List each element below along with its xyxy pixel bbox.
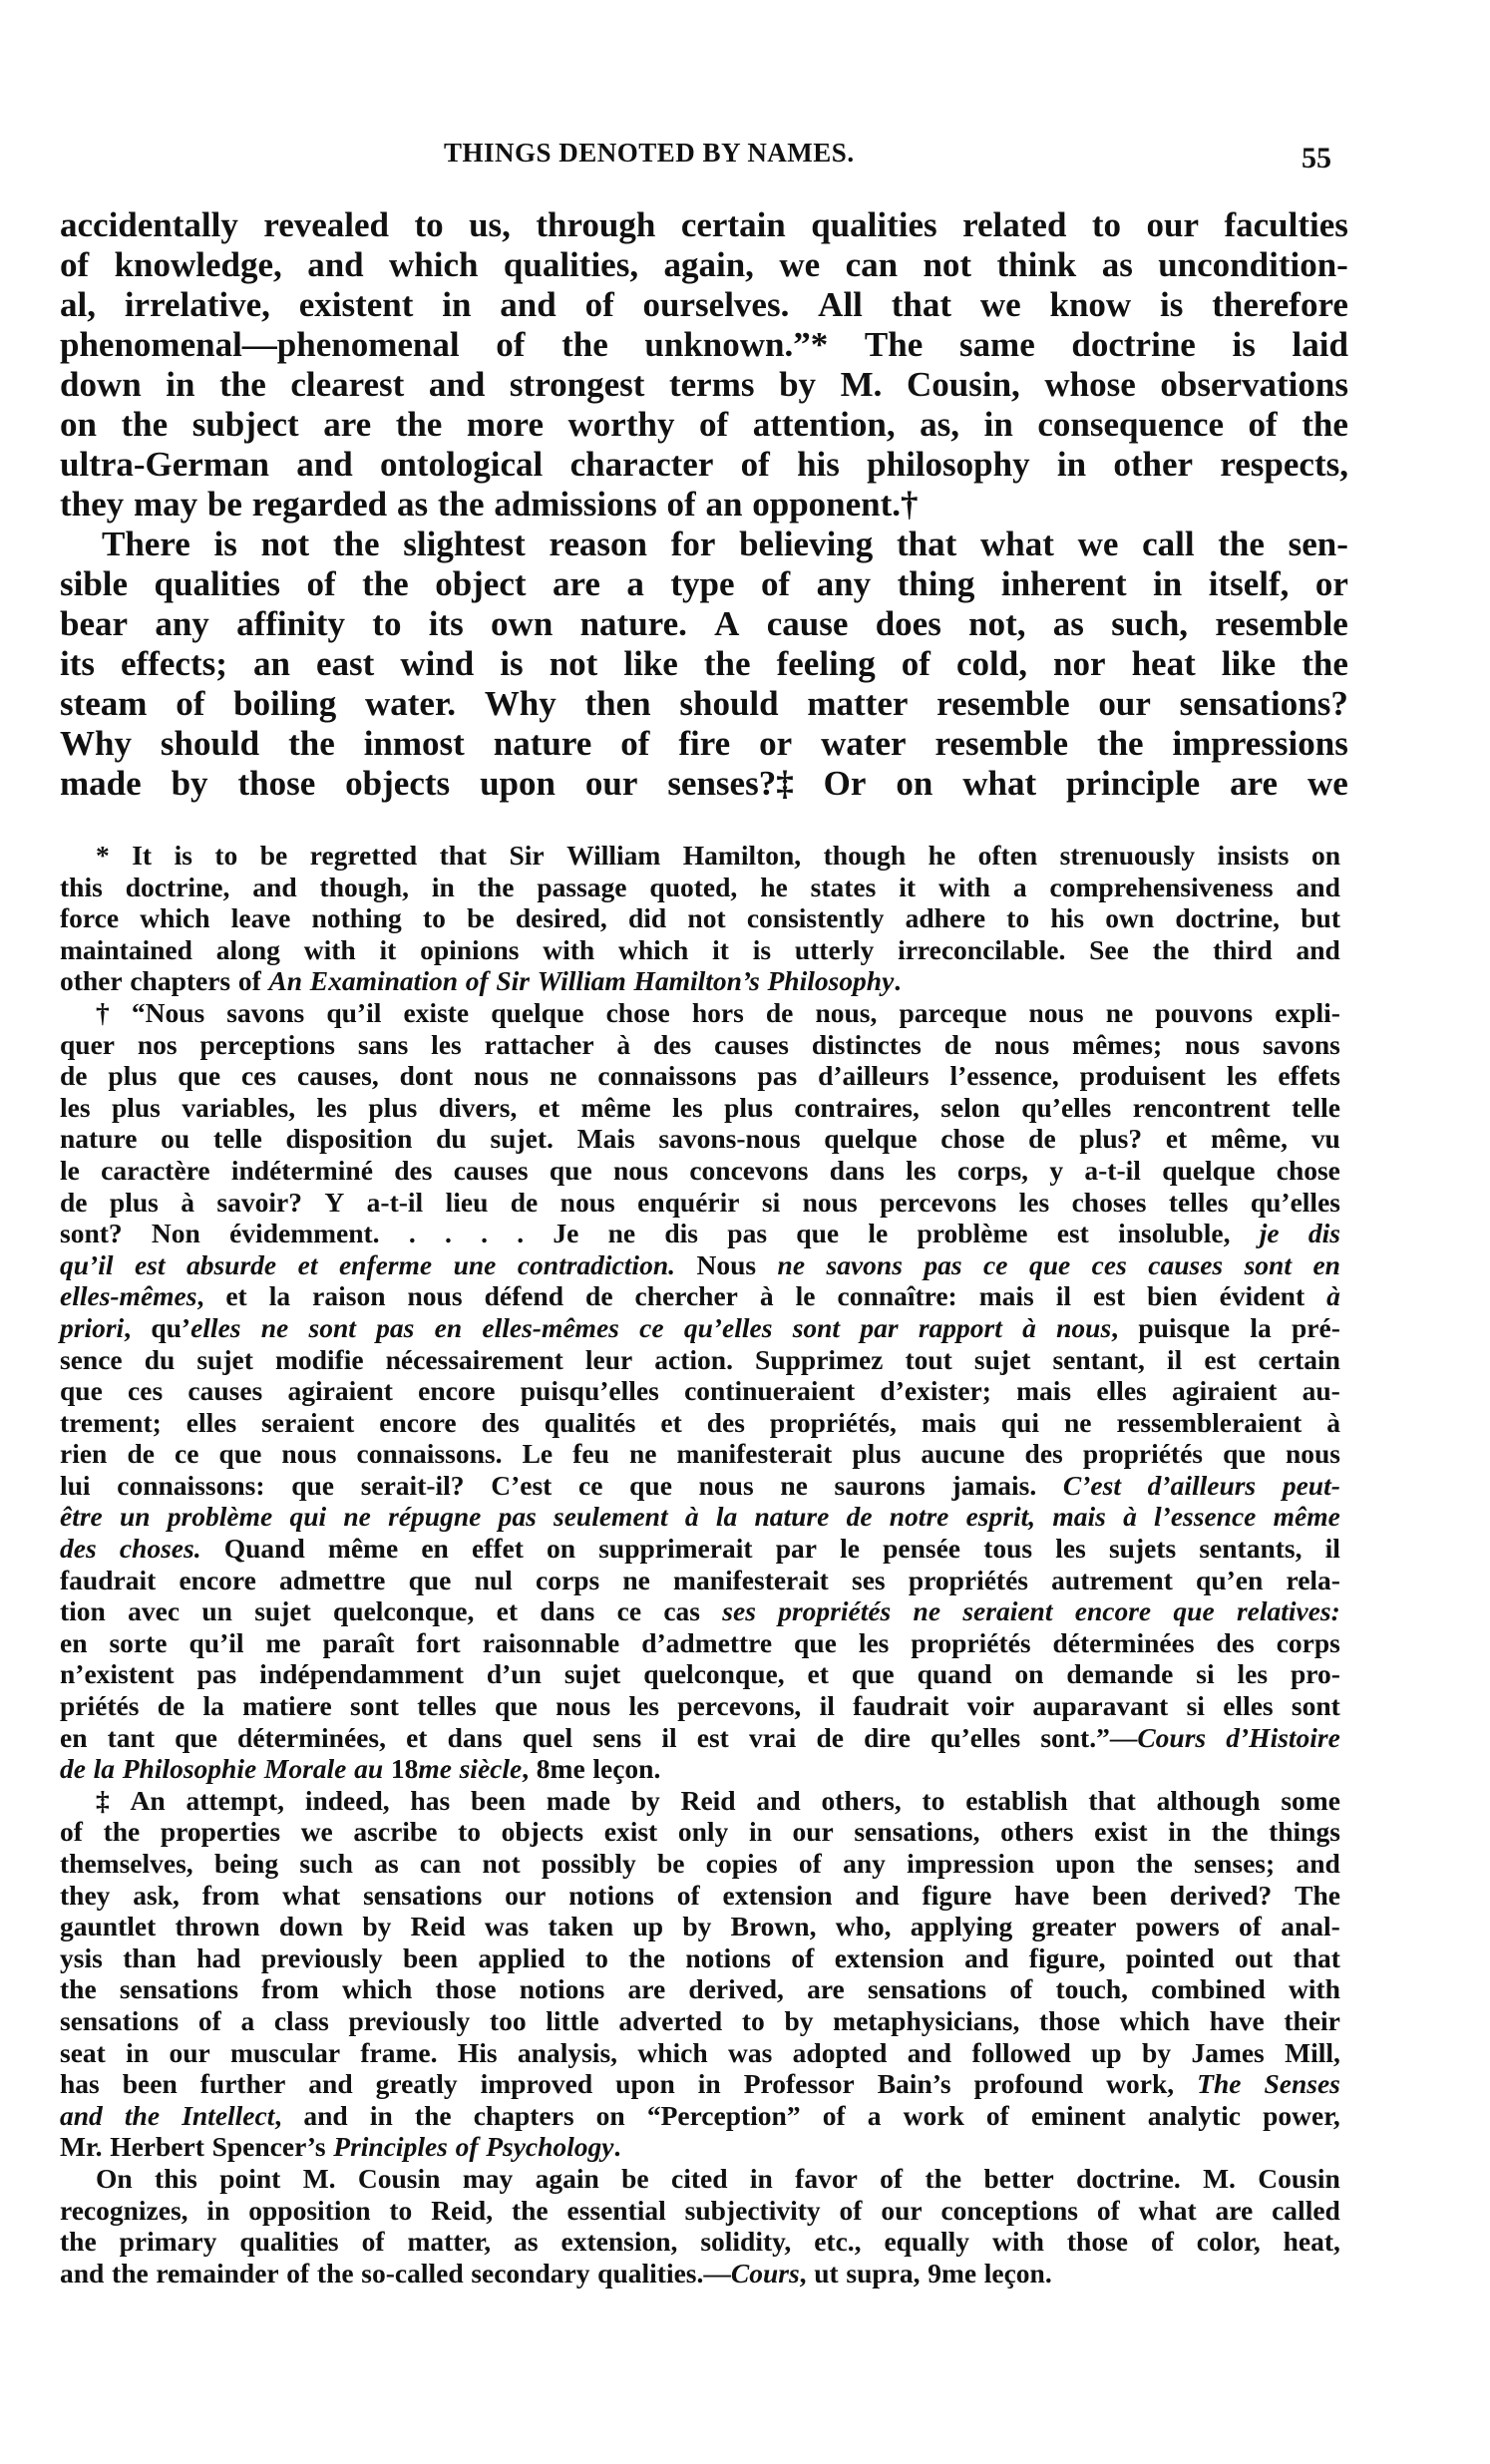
word: on bbox=[60, 405, 97, 445]
word: ne bbox=[608, 1218, 636, 1249]
word: of bbox=[198, 2005, 221, 2037]
word: has bbox=[410, 1785, 450, 1817]
word: adverted bbox=[618, 2005, 722, 2037]
word: of bbox=[176, 684, 204, 724]
word: regarded bbox=[252, 485, 387, 525]
text-line: luiconnaissons:queserait-il?C’estcequeno… bbox=[60, 1470, 1340, 1502]
word: than bbox=[123, 1942, 177, 1974]
word: plus bbox=[368, 1092, 417, 1124]
word: affinity bbox=[236, 604, 345, 644]
text-line: Mr.HerbertSpencer’sPrinciplesofPsycholog… bbox=[60, 2131, 1340, 2163]
word: de bbox=[1028, 1123, 1056, 1155]
word: ou bbox=[161, 1123, 189, 1155]
word: de bbox=[127, 1438, 155, 1470]
text-line: Thereisnottheslightestreasonforbelieving… bbox=[60, 525, 1348, 564]
word: been bbox=[403, 1942, 458, 1974]
word: force bbox=[60, 902, 119, 934]
word: savons-nous bbox=[658, 1123, 800, 1155]
word: and bbox=[303, 2100, 347, 2132]
word: percevons bbox=[880, 1187, 996, 1219]
word: corps bbox=[536, 1565, 599, 1596]
word: with bbox=[304, 934, 356, 966]
word: copies bbox=[706, 1848, 778, 1880]
word: indeed, bbox=[305, 1785, 390, 1817]
word: and bbox=[307, 245, 363, 285]
word: made bbox=[547, 1785, 610, 1817]
word: * bbox=[96, 840, 110, 872]
word: and bbox=[964, 1942, 1008, 1974]
word: frame. bbox=[360, 2037, 437, 2069]
word: been bbox=[1092, 1880, 1147, 1912]
word: can bbox=[846, 245, 899, 285]
word: qualities bbox=[811, 205, 936, 245]
word: nous bbox=[1029, 997, 1084, 1029]
text-line: delaPhilosophieMoraleau18mesiècle,8meleç… bbox=[60, 1753, 1340, 1785]
word: absurde bbox=[186, 1249, 276, 1281]
word: of bbox=[620, 724, 649, 764]
word: C’est bbox=[1063, 1470, 1121, 1502]
word: de bbox=[511, 1187, 539, 1219]
word: ut bbox=[814, 2258, 838, 2289]
word: a bbox=[1013, 872, 1027, 903]
word: tant bbox=[108, 1722, 155, 1754]
word: les bbox=[1019, 1187, 1050, 1219]
word: we bbox=[1078, 525, 1119, 564]
word: principle bbox=[1066, 764, 1200, 804]
word: sensations bbox=[868, 1973, 986, 2005]
word: Reid, bbox=[431, 2195, 493, 2227]
word: with bbox=[992, 2226, 1044, 2258]
word: subjectivity bbox=[685, 2195, 821, 2227]
word: Y bbox=[324, 1187, 344, 1219]
word: contraires, bbox=[794, 1092, 920, 1124]
word: doctrine, bbox=[126, 872, 230, 903]
word: contradiction. bbox=[518, 1249, 675, 1281]
word: en bbox=[421, 1533, 449, 1565]
word: et bbox=[406, 1722, 427, 1754]
word: mais bbox=[1052, 1501, 1105, 1533]
running-head: THINGS DENOTED BY NAMES. 55 bbox=[60, 138, 1346, 177]
word: nous bbox=[556, 1690, 610, 1722]
word: know bbox=[1049, 285, 1131, 325]
word: peut- bbox=[1283, 1470, 1340, 1502]
word: phenomenal—phenomenal bbox=[60, 325, 460, 365]
word: tout bbox=[905, 1344, 951, 1376]
word: matter, bbox=[407, 2226, 491, 2258]
word: effects; bbox=[121, 644, 227, 684]
text-line: thisdoctrine,andthough,inthepassagequote… bbox=[60, 872, 1340, 903]
word: not bbox=[482, 1848, 520, 1880]
word: is bbox=[175, 840, 192, 872]
word: serait-il? bbox=[361, 1470, 465, 1502]
word: existe bbox=[403, 997, 469, 1029]
word: d’exister; bbox=[880, 1375, 990, 1407]
word: passage bbox=[537, 872, 626, 903]
word: modifie bbox=[275, 1344, 364, 1376]
word: that bbox=[897, 525, 956, 564]
word: de bbox=[847, 1501, 873, 1533]
word: work bbox=[904, 2100, 964, 2132]
text-line: itseffects;aneastwindisnotlikethefeeling… bbox=[60, 644, 1348, 684]
word: for bbox=[671, 525, 716, 564]
word: que bbox=[495, 1690, 538, 1722]
word: Bain’s bbox=[878, 2068, 951, 2100]
word: sujet bbox=[254, 1595, 311, 1627]
word: supra, bbox=[846, 2258, 920, 2289]
word: who, bbox=[836, 1911, 892, 1942]
word: hors bbox=[692, 997, 744, 1029]
word: connaissons. bbox=[357, 1438, 503, 1470]
word: was bbox=[485, 1911, 529, 1942]
text-line: riendecequenousconnaissons.Lefeunemanife… bbox=[60, 1438, 1340, 1470]
word: the bbox=[415, 2100, 452, 2132]
word: caractère bbox=[101, 1155, 209, 1187]
word: indéterminé bbox=[231, 1155, 373, 1187]
word: are bbox=[1230, 764, 1278, 804]
word: work, bbox=[1106, 2068, 1174, 2100]
word: some bbox=[1281, 1785, 1340, 1817]
word: object bbox=[435, 564, 526, 604]
word: il bbox=[1056, 1280, 1071, 1312]
word: qu’elles bbox=[684, 1312, 773, 1344]
word: by bbox=[172, 764, 208, 804]
word: have bbox=[1210, 2005, 1265, 2037]
word: si bbox=[1196, 1658, 1214, 1690]
word: admettre bbox=[279, 1565, 385, 1596]
word: utterly bbox=[795, 934, 874, 966]
word: more bbox=[467, 405, 544, 445]
word: the bbox=[438, 485, 485, 525]
word: and bbox=[1296, 1848, 1339, 1880]
word: others, bbox=[822, 1785, 902, 1817]
word: had bbox=[196, 1942, 240, 1974]
word: of bbox=[306, 564, 335, 604]
word: plus bbox=[108, 1060, 157, 1092]
word: to bbox=[1092, 205, 1121, 245]
word: nous bbox=[1286, 1438, 1340, 1470]
word: a bbox=[626, 564, 644, 604]
word: sens bbox=[592, 1722, 641, 1754]
word: attempt, bbox=[186, 1785, 285, 1817]
word: leave bbox=[231, 902, 291, 934]
word: mais bbox=[922, 1407, 976, 1439]
word: or bbox=[1315, 564, 1348, 604]
word: fire bbox=[678, 724, 730, 764]
word: mêmes; bbox=[1072, 1029, 1162, 1061]
word: à bbox=[685, 1501, 699, 1533]
word: to bbox=[458, 1816, 481, 1848]
word: parceque bbox=[899, 997, 1006, 1029]
word: les bbox=[906, 1155, 936, 1187]
word: then bbox=[585, 684, 651, 724]
word: lieu bbox=[446, 1187, 489, 1219]
word: en bbox=[1312, 1249, 1340, 1281]
word: les bbox=[431, 1029, 462, 1061]
word: which bbox=[342, 1973, 412, 2005]
word: même bbox=[328, 1533, 398, 1565]
word: que bbox=[550, 1155, 592, 1187]
word: ne bbox=[1106, 997, 1134, 1029]
word: upon bbox=[1055, 1848, 1115, 1880]
word: agiraient bbox=[288, 1375, 393, 1407]
word: Or bbox=[824, 764, 867, 804]
word: Why bbox=[60, 724, 132, 764]
text-line: phenomenal—phenomenaloftheunknown.”*Thes… bbox=[60, 325, 1348, 365]
word: think bbox=[997, 245, 1077, 285]
word: of bbox=[791, 1942, 814, 1974]
word: been bbox=[123, 2068, 178, 2100]
word: in bbox=[370, 2100, 393, 2132]
word: and bbox=[908, 2037, 951, 2069]
word: in bbox=[442, 285, 471, 325]
text-line: otherchaptersofAnExaminationofSirWilliam… bbox=[60, 965, 1340, 997]
word: rela- bbox=[1286, 1565, 1339, 1596]
word: “Perception” bbox=[647, 2100, 801, 2132]
word: quelconque, bbox=[643, 1658, 784, 1690]
word: la bbox=[1250, 1312, 1271, 1344]
word: chose bbox=[606, 997, 670, 1029]
word: sans bbox=[358, 1029, 408, 1061]
word: the bbox=[478, 872, 515, 903]
text-line: *ItistoberegrettedthatSirWilliamHamilton… bbox=[60, 840, 1340, 872]
word: equally bbox=[884, 2226, 969, 2258]
word: nothing bbox=[312, 902, 402, 934]
text-line: theymayberegardedastheadmissionsofanoppo… bbox=[60, 485, 1348, 525]
word: strongest bbox=[510, 365, 644, 405]
word: que bbox=[629, 1470, 672, 1502]
word: up bbox=[632, 1911, 663, 1942]
word: are bbox=[628, 1973, 666, 2005]
word: our bbox=[505, 1880, 546, 1912]
text-line: sencedusujetmodifienécessairementleuract… bbox=[60, 1344, 1340, 1376]
word: nous bbox=[699, 1470, 754, 1502]
word: que bbox=[852, 1658, 895, 1690]
word: tous bbox=[983, 1533, 1032, 1565]
word: qualities.—Cours, bbox=[597, 2258, 806, 2289]
word: de bbox=[158, 1690, 186, 1722]
word: fort bbox=[416, 1627, 460, 1659]
word: le bbox=[840, 1533, 860, 1565]
text-line: andtheremainderoftheso-calledsecondaryqu… bbox=[60, 2258, 1340, 2289]
word: which bbox=[1120, 2005, 1190, 2037]
word: les bbox=[628, 1690, 659, 1722]
word: our bbox=[169, 2037, 209, 2069]
word: si bbox=[762, 1187, 780, 1219]
word: An bbox=[131, 1785, 166, 1817]
footnotes: *ItistoberegrettedthatSirWilliamHamilton… bbox=[60, 840, 1340, 2288]
word: Cousin, bbox=[907, 365, 1020, 405]
word: ce bbox=[578, 1470, 602, 1502]
word: ce bbox=[639, 1312, 663, 1344]
word: observations bbox=[1160, 365, 1348, 405]
word: of bbox=[1009, 1973, 1032, 2005]
word: Principles bbox=[333, 2131, 448, 2163]
word: Philosophy. bbox=[767, 965, 901, 997]
word: or bbox=[759, 724, 792, 764]
word: effets bbox=[1278, 1060, 1340, 1092]
word: manifesterait bbox=[673, 1565, 829, 1596]
word: not bbox=[923, 245, 971, 285]
word: des bbox=[394, 1155, 432, 1187]
word: savons bbox=[827, 1249, 903, 1281]
word: essential bbox=[566, 2195, 665, 2227]
word: que bbox=[1223, 1438, 1266, 1470]
word: nous, bbox=[815, 997, 877, 1029]
word: his bbox=[1050, 902, 1084, 934]
word: in bbox=[1057, 445, 1086, 485]
text-line: deschoses.Quandmêmeeneffetonsupprimerait… bbox=[60, 1533, 1340, 1565]
text-line: accidentallyrevealedtous,throughcertainq… bbox=[60, 205, 1348, 245]
word: followed bbox=[971, 2037, 1070, 2069]
word: on bbox=[547, 1533, 575, 1565]
word: plus bbox=[112, 1092, 161, 1124]
word: out bbox=[1235, 1942, 1273, 1974]
word: aucune bbox=[921, 1438, 1004, 1470]
text-line: seatinourmuscularframe.Hisanalysis,which… bbox=[60, 2037, 1340, 2069]
word: which bbox=[389, 245, 478, 285]
text-line: priétésdelamatieresonttellesquenouslespe… bbox=[60, 1690, 1340, 1722]
word: by bbox=[779, 365, 816, 405]
word: que bbox=[796, 1218, 839, 1249]
text-line: tionavecunsujetquelconque,etdanscecasses… bbox=[60, 1595, 1340, 1627]
word: those bbox=[435, 1973, 496, 2005]
word: On bbox=[96, 2163, 133, 2195]
word: qualities bbox=[239, 2226, 338, 2258]
word: qu’elles bbox=[931, 1722, 1020, 1754]
word: objects bbox=[345, 764, 450, 804]
word: the bbox=[1097, 724, 1144, 764]
word: lui bbox=[60, 1470, 91, 1502]
word: ses bbox=[722, 1595, 756, 1627]
word: does bbox=[876, 604, 941, 644]
word: therefore bbox=[1212, 285, 1348, 325]
word: relatives: bbox=[1237, 1595, 1340, 1627]
text-line: faudraitencoreadmettrequenulcorpsnemanif… bbox=[60, 1565, 1340, 1596]
word: what bbox=[962, 764, 1036, 804]
word: savons bbox=[1263, 1029, 1340, 1061]
word: il bbox=[820, 1690, 835, 1722]
word: from bbox=[202, 1880, 260, 1912]
word: impression bbox=[907, 1848, 1034, 1880]
word: ultra-German bbox=[60, 445, 269, 485]
text-line: quernosperceptionssanslesrattacheràdesca… bbox=[60, 1029, 1340, 1061]
word: not, bbox=[968, 604, 1025, 644]
word: sentants, bbox=[1199, 1533, 1302, 1565]
word: as, bbox=[920, 405, 959, 445]
word: resemble bbox=[936, 684, 1069, 724]
word: an bbox=[705, 485, 742, 525]
word: that bbox=[440, 840, 487, 872]
word: wind bbox=[400, 644, 474, 684]
word: although bbox=[1157, 1785, 1261, 1817]
word: revealed bbox=[263, 205, 389, 245]
text-line: forcewhichleavenothingtobedesired,didnot… bbox=[60, 902, 1340, 934]
word: the bbox=[1302, 405, 1348, 445]
word: des bbox=[653, 1029, 691, 1061]
text-line: gauntletthrowndownbyReidwastakenupbyBrow… bbox=[60, 1911, 1340, 1942]
word: Spencer’s bbox=[212, 2131, 326, 2163]
word: conceptions bbox=[940, 2195, 1078, 2227]
word: . bbox=[481, 1218, 488, 1249]
word: of bbox=[699, 405, 728, 445]
word: de bbox=[816, 1722, 844, 1754]
word: resemble bbox=[935, 724, 1068, 764]
word: adopted bbox=[793, 2037, 888, 2069]
word: sont bbox=[350, 1690, 399, 1722]
word: priori, bbox=[60, 1312, 131, 1344]
word: it bbox=[712, 934, 729, 966]
word: et bbox=[497, 1595, 518, 1627]
word: applied bbox=[478, 1942, 564, 1974]
word: heat, bbox=[1284, 2226, 1340, 2258]
word: que bbox=[1029, 1249, 1070, 1281]
word: its bbox=[429, 604, 464, 644]
word: ressembleraient bbox=[1116, 1407, 1302, 1439]
word: water bbox=[821, 724, 907, 764]
word: dans bbox=[540, 1595, 594, 1627]
word: la bbox=[716, 1501, 737, 1533]
word: évident bbox=[1220, 1280, 1305, 1312]
word: est bbox=[135, 1249, 166, 1281]
word: par bbox=[776, 1533, 817, 1565]
word: impressions bbox=[1173, 724, 1348, 764]
word: plus bbox=[724, 1092, 773, 1124]
word: sujet bbox=[196, 1344, 253, 1376]
word: d’ailleurs bbox=[1148, 1470, 1256, 1502]
word: savoir? bbox=[216, 1187, 302, 1219]
word: See bbox=[1089, 934, 1129, 966]
word: applying bbox=[911, 1911, 1012, 1942]
word: exist bbox=[604, 1816, 657, 1848]
word: is bbox=[500, 644, 523, 684]
word: paraît bbox=[323, 1627, 395, 1659]
word: de bbox=[60, 1060, 88, 1092]
word: of bbox=[1097, 2195, 1120, 2227]
word: Morale bbox=[264, 1753, 347, 1785]
word: nor bbox=[1053, 644, 1106, 684]
word: type bbox=[670, 564, 734, 604]
word: qu’elles bbox=[1251, 1187, 1340, 1219]
word: worthy bbox=[568, 405, 675, 445]
word: of bbox=[585, 285, 614, 325]
word: en bbox=[60, 1722, 88, 1754]
word: sont? bbox=[60, 1218, 123, 1249]
word: puisque bbox=[1138, 1312, 1230, 1344]
word: que bbox=[1173, 1595, 1214, 1627]
word: steam bbox=[60, 684, 147, 724]
word: with bbox=[1289, 1973, 1340, 2005]
word: clearest bbox=[290, 365, 404, 405]
text-line: themselves,beingsuchascannotpossiblybeco… bbox=[60, 1848, 1340, 1880]
word: tion bbox=[60, 1595, 106, 1627]
word: our bbox=[793, 1816, 834, 1848]
word: les bbox=[316, 1092, 347, 1124]
word: ‡ bbox=[96, 1785, 110, 1817]
text-line: maintainedalongwithitopinionswithwhichit… bbox=[60, 934, 1340, 966]
word: figure, bbox=[1029, 1942, 1106, 1974]
word: be bbox=[260, 840, 288, 872]
word: sensations? bbox=[1180, 684, 1348, 724]
word: est bbox=[1093, 1280, 1125, 1312]
word: of bbox=[466, 965, 489, 997]
word: made bbox=[60, 764, 142, 804]
word: qui bbox=[289, 1501, 326, 1533]
word: chapters bbox=[474, 2100, 574, 2132]
word: the bbox=[704, 644, 751, 684]
word: did bbox=[628, 902, 666, 934]
word: Hamilton, bbox=[683, 840, 801, 872]
word: of bbox=[741, 445, 770, 485]
